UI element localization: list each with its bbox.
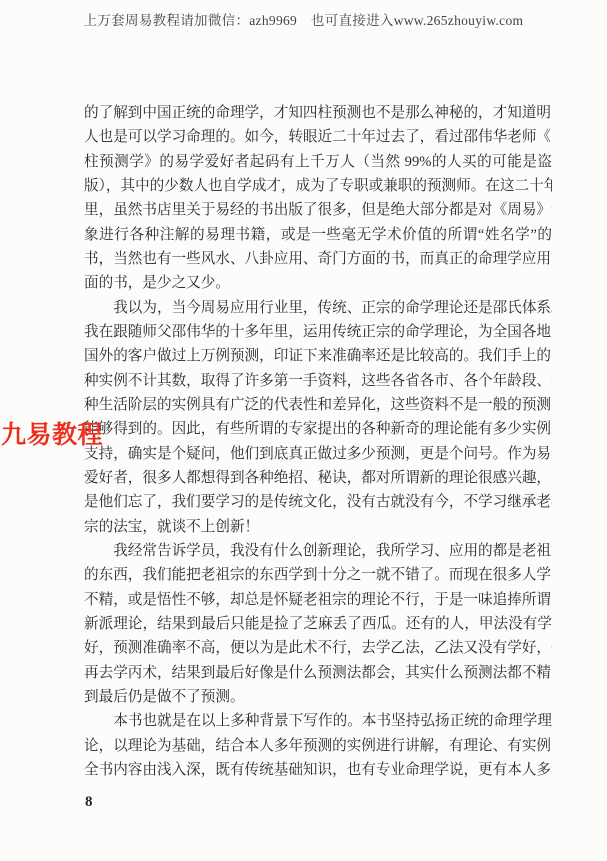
text-line: 的东西，我们能把老祖宗的东西学到十分之一就不错了。而现在很多人学艺 bbox=[84, 563, 552, 587]
text-line: 柱预测学》的易学爱好者起码有上千万人（当然 99%的人买的可能是盗 bbox=[84, 150, 552, 174]
text-line: 全书内容由浅入深，既有传统基础知识，也有专业命理学说，更有本人多年 bbox=[84, 758, 552, 782]
text-line: 种生活阶层的实例具有广泛的代表性和差异化，这些资料不是一般的预测师 bbox=[84, 393, 552, 417]
text-line: 本书也就是在以上多种背景下写作的。本书坚持弘扬正统的命理学理 bbox=[84, 709, 552, 733]
text-line: 国外的客户做过上万例预测，印证下来准确率还是比较高的。我们手上的各 bbox=[84, 344, 552, 368]
text-line: 我在跟随师父邵伟华的十多年里，运用传统正宗的命学理论，为全国各地及 bbox=[84, 320, 552, 344]
body-text: 的了解到中国正统的命理学，才知四柱预测也不是那么神秘的，才知道明眼人也是可以学习… bbox=[84, 101, 552, 782]
text-line: 象进行各种注解的易理书籍，或是一些毫无学术价值的所谓“姓名学”的 bbox=[84, 223, 552, 247]
text-line: 好，预测准确率不高，便以为是此术不行，去学乙法，乙法又没有学好，便 bbox=[84, 636, 552, 660]
promo-header-text: 上万套周易教程请加微信：azh9969 也可直接进入www.265zhouyiw… bbox=[0, 9, 607, 29]
text-line: 再去学丙术，结果到最后好像是什么预测法都会，其实什么预测法都不精， bbox=[84, 661, 552, 685]
book-page: 上万套周易教程请加微信：azh9969 也可直接进入www.265zhouyiw… bbox=[0, 0, 607, 861]
text-line: 能够得到的。因此，有些所谓的专家提出的各种新奇的理论能有多少实例来 bbox=[84, 417, 552, 441]
text-line: 支持，确实是个疑问，他们到底真正做过多少预测，更是个问号。作为易学 bbox=[84, 442, 552, 466]
text-line: 论，以理论为基础，结合本人多年预测的实例进行讲解，有理论、有实例， bbox=[84, 734, 552, 758]
text-line: 爱好者，很多人都想得到各种绝招、秘诀，都对所谓新的理论很感兴趣，可 bbox=[84, 466, 552, 490]
text-line: 版），其中的少数人也自学成才，成为了专职或兼职的预测师。在这二十年 bbox=[84, 174, 552, 198]
text-line: 面的书，是少之又少。 bbox=[84, 271, 552, 295]
page-number: 8 bbox=[85, 794, 93, 811]
text-line: 我经常告诉学员，我没有什么创新理论，我所学习、应用的都是老祖宗 bbox=[84, 539, 552, 563]
text-line: 里，虽然书店里关于易经的书出版了很多，但是绝大部分都是对《周易》卦 bbox=[84, 198, 552, 222]
text-line: 到最后仍是做不了预测。 bbox=[84, 685, 552, 709]
text-line: 新派理论，结果到最后只能是捡了芝麻丢了西瓜。还有的人，甲法没有学 bbox=[84, 612, 552, 636]
text-line: 种实例不计其数，取得了许多第一手资料，这些各省各市、各个年龄段、各 bbox=[84, 369, 552, 393]
text-line: 的了解到中国正统的命理学，才知四柱预测也不是那么神秘的，才知道明眼 bbox=[84, 101, 552, 125]
watermark-logo: 九易教程 bbox=[1, 415, 103, 451]
text-line: 人也是可以学习命理的。如今，转眼近二十年过去了，看过邵伟华老师《四 bbox=[84, 125, 552, 149]
text-line: 我以为，当今周易应用行业里，传统、正宗的命学理论还是邵氏体系。 bbox=[84, 296, 552, 320]
text-line: 是他们忘了，我们要学习的是传统文化，没有古就没有今，不学习继承老祖 bbox=[84, 490, 552, 514]
text-line: 书，当然也有一些风水、八卦应用、奇门方面的书，而真正的命理学应用方 bbox=[84, 247, 552, 271]
text-line: 宗的法宝，就谈不上创新！ bbox=[84, 515, 552, 539]
text-line: 不精，或是悟性不够，却总是怀疑老祖宗的理论不行，于是一味追捧所谓的 bbox=[84, 588, 552, 612]
